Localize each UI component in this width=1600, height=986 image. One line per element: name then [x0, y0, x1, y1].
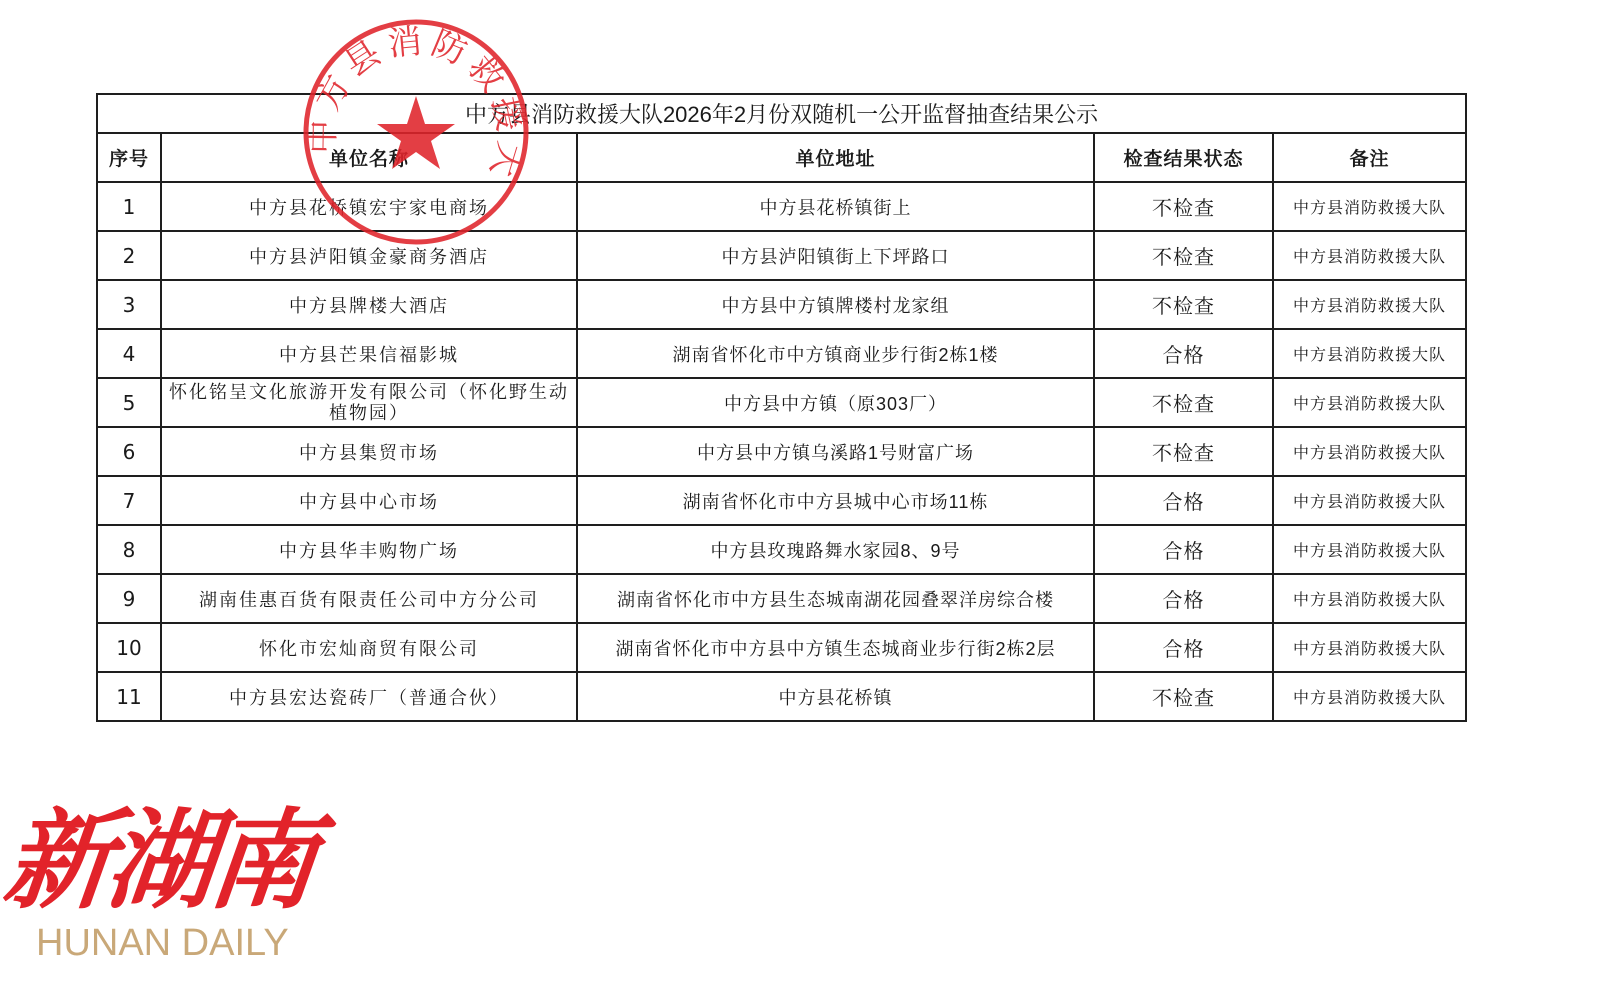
remark: 中方县消防救援大队	[1273, 525, 1466, 574]
row-index: 3	[97, 280, 161, 329]
header-row: 序号 单位名称 单位地址 检查结果状态 备注	[97, 133, 1466, 182]
inspection-status: 合格	[1094, 476, 1273, 525]
unit-address: 湖南省怀化市中方镇商业步行街2栋1楼	[577, 329, 1094, 378]
unit-name: 中方县牌楼大酒店	[161, 280, 577, 329]
table-row: 9湖南佳惠百货有限责任公司中方分公司湖南省怀化市中方县生态城南湖花园叠翠洋房综合…	[97, 574, 1466, 623]
unit-address: 中方县花桥镇街上	[577, 182, 1094, 231]
table-row: 7中方县中心市场湖南省怀化市中方县城中心市场11栋合格中方县消防救援大队	[97, 476, 1466, 525]
remark: 中方县消防救援大队	[1273, 378, 1466, 427]
inspection-results-table: 中方县消防救援大队2026年2月份双随机一公开监督抽查结果公示 序号 单位名称 …	[96, 93, 1467, 722]
column-header-status: 检查结果状态	[1094, 133, 1273, 182]
inspection-status: 合格	[1094, 574, 1273, 623]
unit-address: 中方县中方镇牌楼村龙家组	[577, 280, 1094, 329]
inspection-status: 不检查	[1094, 231, 1273, 280]
inspection-status: 不检查	[1094, 182, 1273, 231]
unit-name: 湖南佳惠百货有限责任公司中方分公司	[161, 574, 577, 623]
remark: 中方县消防救援大队	[1273, 182, 1466, 231]
unit-name: 中方县芒果信福影城	[161, 329, 577, 378]
column-header-name: 单位名称	[161, 133, 577, 182]
column-header-address: 单位地址	[577, 133, 1094, 182]
table-row: 1中方县花桥镇宏宇家电商场中方县花桥镇街上不检查中方县消防救援大队	[97, 182, 1466, 231]
remark: 中方县消防救援大队	[1273, 280, 1466, 329]
remark: 中方县消防救援大队	[1273, 427, 1466, 476]
row-index: 7	[97, 476, 161, 525]
row-index: 9	[97, 574, 161, 623]
remark: 中方县消防救援大队	[1273, 476, 1466, 525]
logo-chinese-wordmark: 新湖南	[0, 774, 320, 929]
row-index: 11	[97, 672, 161, 721]
table-row: 6中方县集贸市场中方县中方镇乌溪路1号财富广场不检查中方县消防救援大队	[97, 427, 1466, 476]
unit-name: 中方县中心市场	[161, 476, 577, 525]
column-header-remark: 备注	[1273, 133, 1466, 182]
inspection-status: 合格	[1094, 329, 1273, 378]
row-index: 5	[97, 378, 161, 427]
unit-name: 中方县宏达瓷砖厂（普通合伙）	[161, 672, 577, 721]
table-row: 3中方县牌楼大酒店中方县中方镇牌楼村龙家组不检查中方县消防救援大队	[97, 280, 1466, 329]
title-row: 中方县消防救援大队2026年2月份双随机一公开监督抽查结果公示	[97, 94, 1466, 133]
unit-name: 中方县花桥镇宏宇家电商场	[161, 182, 577, 231]
unit-address: 中方县玫瑰路舞水家园8、9号	[577, 525, 1094, 574]
row-index: 8	[97, 525, 161, 574]
table-row: 11中方县宏达瓷砖厂（普通合伙）中方县花桥镇不检查中方县消防救援大队	[97, 672, 1466, 721]
inspection-status: 不检查	[1094, 427, 1273, 476]
remark: 中方县消防救援大队	[1273, 623, 1466, 672]
remark: 中方县消防救援大队	[1273, 574, 1466, 623]
inspection-status: 合格	[1094, 623, 1273, 672]
table-row: 10怀化市宏灿商贸有限公司湖南省怀化市中方县中方镇生态城商业步行街2栋2层合格中…	[97, 623, 1466, 672]
logo-english-wordmark: HUNAN DAILY	[36, 922, 289, 965]
inspection-status: 不检查	[1094, 280, 1273, 329]
inspection-status: 不检查	[1094, 378, 1273, 427]
inspection-status: 合格	[1094, 525, 1273, 574]
hunan-daily-logo: 新湖南 HUNAN DAILY	[0, 772, 340, 986]
unit-address: 中方县花桥镇	[577, 672, 1094, 721]
unit-address: 湖南省怀化市中方县中方镇生态城商业步行街2栋2层	[577, 623, 1094, 672]
unit-address: 中方县泸阳镇街上下坪路口	[577, 231, 1094, 280]
table-row: 8中方县华丰购物广场中方县玫瑰路舞水家园8、9号合格中方县消防救援大队	[97, 525, 1466, 574]
unit-name: 怀化铭呈文化旅游开发有限公司（怀化野生动植物园）	[161, 378, 577, 427]
unit-name: 中方县华丰购物广场	[161, 525, 577, 574]
row-index: 6	[97, 427, 161, 476]
unit-name: 中方县集贸市场	[161, 427, 577, 476]
row-index: 4	[97, 329, 161, 378]
unit-name: 中方县泸阳镇金豪商务酒店	[161, 231, 577, 280]
inspection-status: 不检查	[1094, 672, 1273, 721]
row-index: 1	[97, 182, 161, 231]
unit-address: 中方县中方镇乌溪路1号财富广场	[577, 427, 1094, 476]
unit-name: 怀化市宏灿商贸有限公司	[161, 623, 577, 672]
row-index: 10	[97, 623, 161, 672]
unit-address: 中方县中方镇（原303厂）	[577, 378, 1094, 427]
row-index: 2	[97, 231, 161, 280]
document-title: 中方县消防救援大队2026年2月份双随机一公开监督抽查结果公示	[97, 94, 1466, 133]
table-row: 4中方县芒果信福影城湖南省怀化市中方镇商业步行街2栋1楼合格中方县消防救援大队	[97, 329, 1466, 378]
table-row: 2中方县泸阳镇金豪商务酒店中方县泸阳镇街上下坪路口不检查中方县消防救援大队	[97, 231, 1466, 280]
unit-address: 湖南省怀化市中方县生态城南湖花园叠翠洋房综合楼	[577, 574, 1094, 623]
remark: 中方县消防救援大队	[1273, 329, 1466, 378]
column-header-index: 序号	[97, 133, 161, 182]
unit-address: 湖南省怀化市中方县城中心市场11栋	[577, 476, 1094, 525]
table-row: 5怀化铭呈文化旅游开发有限公司（怀化野生动植物园）中方县中方镇（原303厂）不检…	[97, 378, 1466, 427]
remark: 中方县消防救援大队	[1273, 672, 1466, 721]
remark: 中方县消防救援大队	[1273, 231, 1466, 280]
